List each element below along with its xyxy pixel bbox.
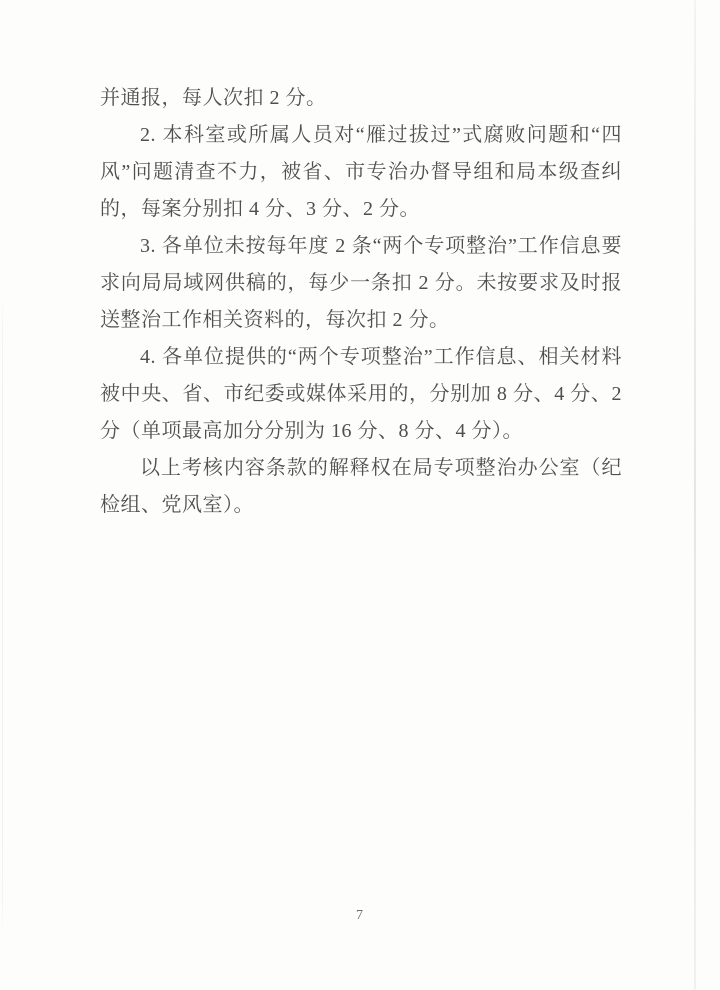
scan-edge-artifact-right bbox=[694, 0, 696, 990]
page-number: 7 bbox=[0, 908, 720, 924]
scan-edge-artifact-left bbox=[2, 300, 3, 930]
paragraph-continuation: 并通报，每人次扣 2 分。 bbox=[100, 80, 622, 117]
paragraph-item-4: 4. 各单位提供的“两个专项整治”工作信息、相关材料被中央、省、市纪委或媒体采用… bbox=[100, 339, 622, 450]
paragraph-item-3: 3. 各单位未按每年度 2 条“两个专项整治”工作信息要求向局局域网供稿的，每少… bbox=[100, 228, 622, 339]
paragraph-closing: 以上考核内容条款的解释权在局专项整治办公室（纪检组、党风室）。 bbox=[100, 450, 622, 524]
paragraph-item-2: 2. 本科室或所属人员对“雁过拔过”式腐败问题和“四风”问题清查不力，被省、市专… bbox=[100, 117, 622, 228]
document-page: 并通报，每人次扣 2 分。 2. 本科室或所属人员对“雁过拔过”式腐败问题和“四… bbox=[0, 0, 720, 990]
document-body-text: 并通报，每人次扣 2 分。 2. 本科室或所属人员对“雁过拔过”式腐败问题和“四… bbox=[100, 80, 622, 524]
